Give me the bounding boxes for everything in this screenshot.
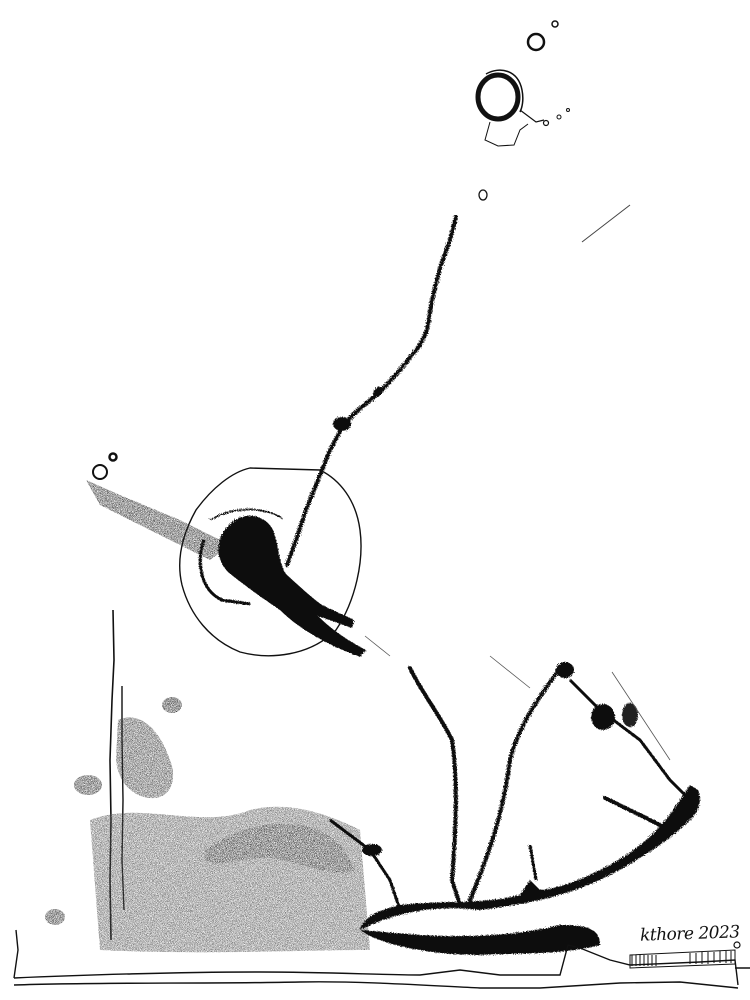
faint-stroke [582,205,630,242]
drip-line [287,217,456,565]
ink-wash [45,697,370,952]
hatched-block [630,950,735,968]
ink-splatter [330,662,700,955]
artist-signature: kthore 2023 [640,922,740,945]
small-circle [734,942,740,948]
ink-artwork [0,0,750,1000]
top-circles [478,21,570,200]
small-circle [110,454,117,461]
small-circle [93,465,107,479]
ink-figure [200,510,366,657]
spray-streak [86,480,230,560]
